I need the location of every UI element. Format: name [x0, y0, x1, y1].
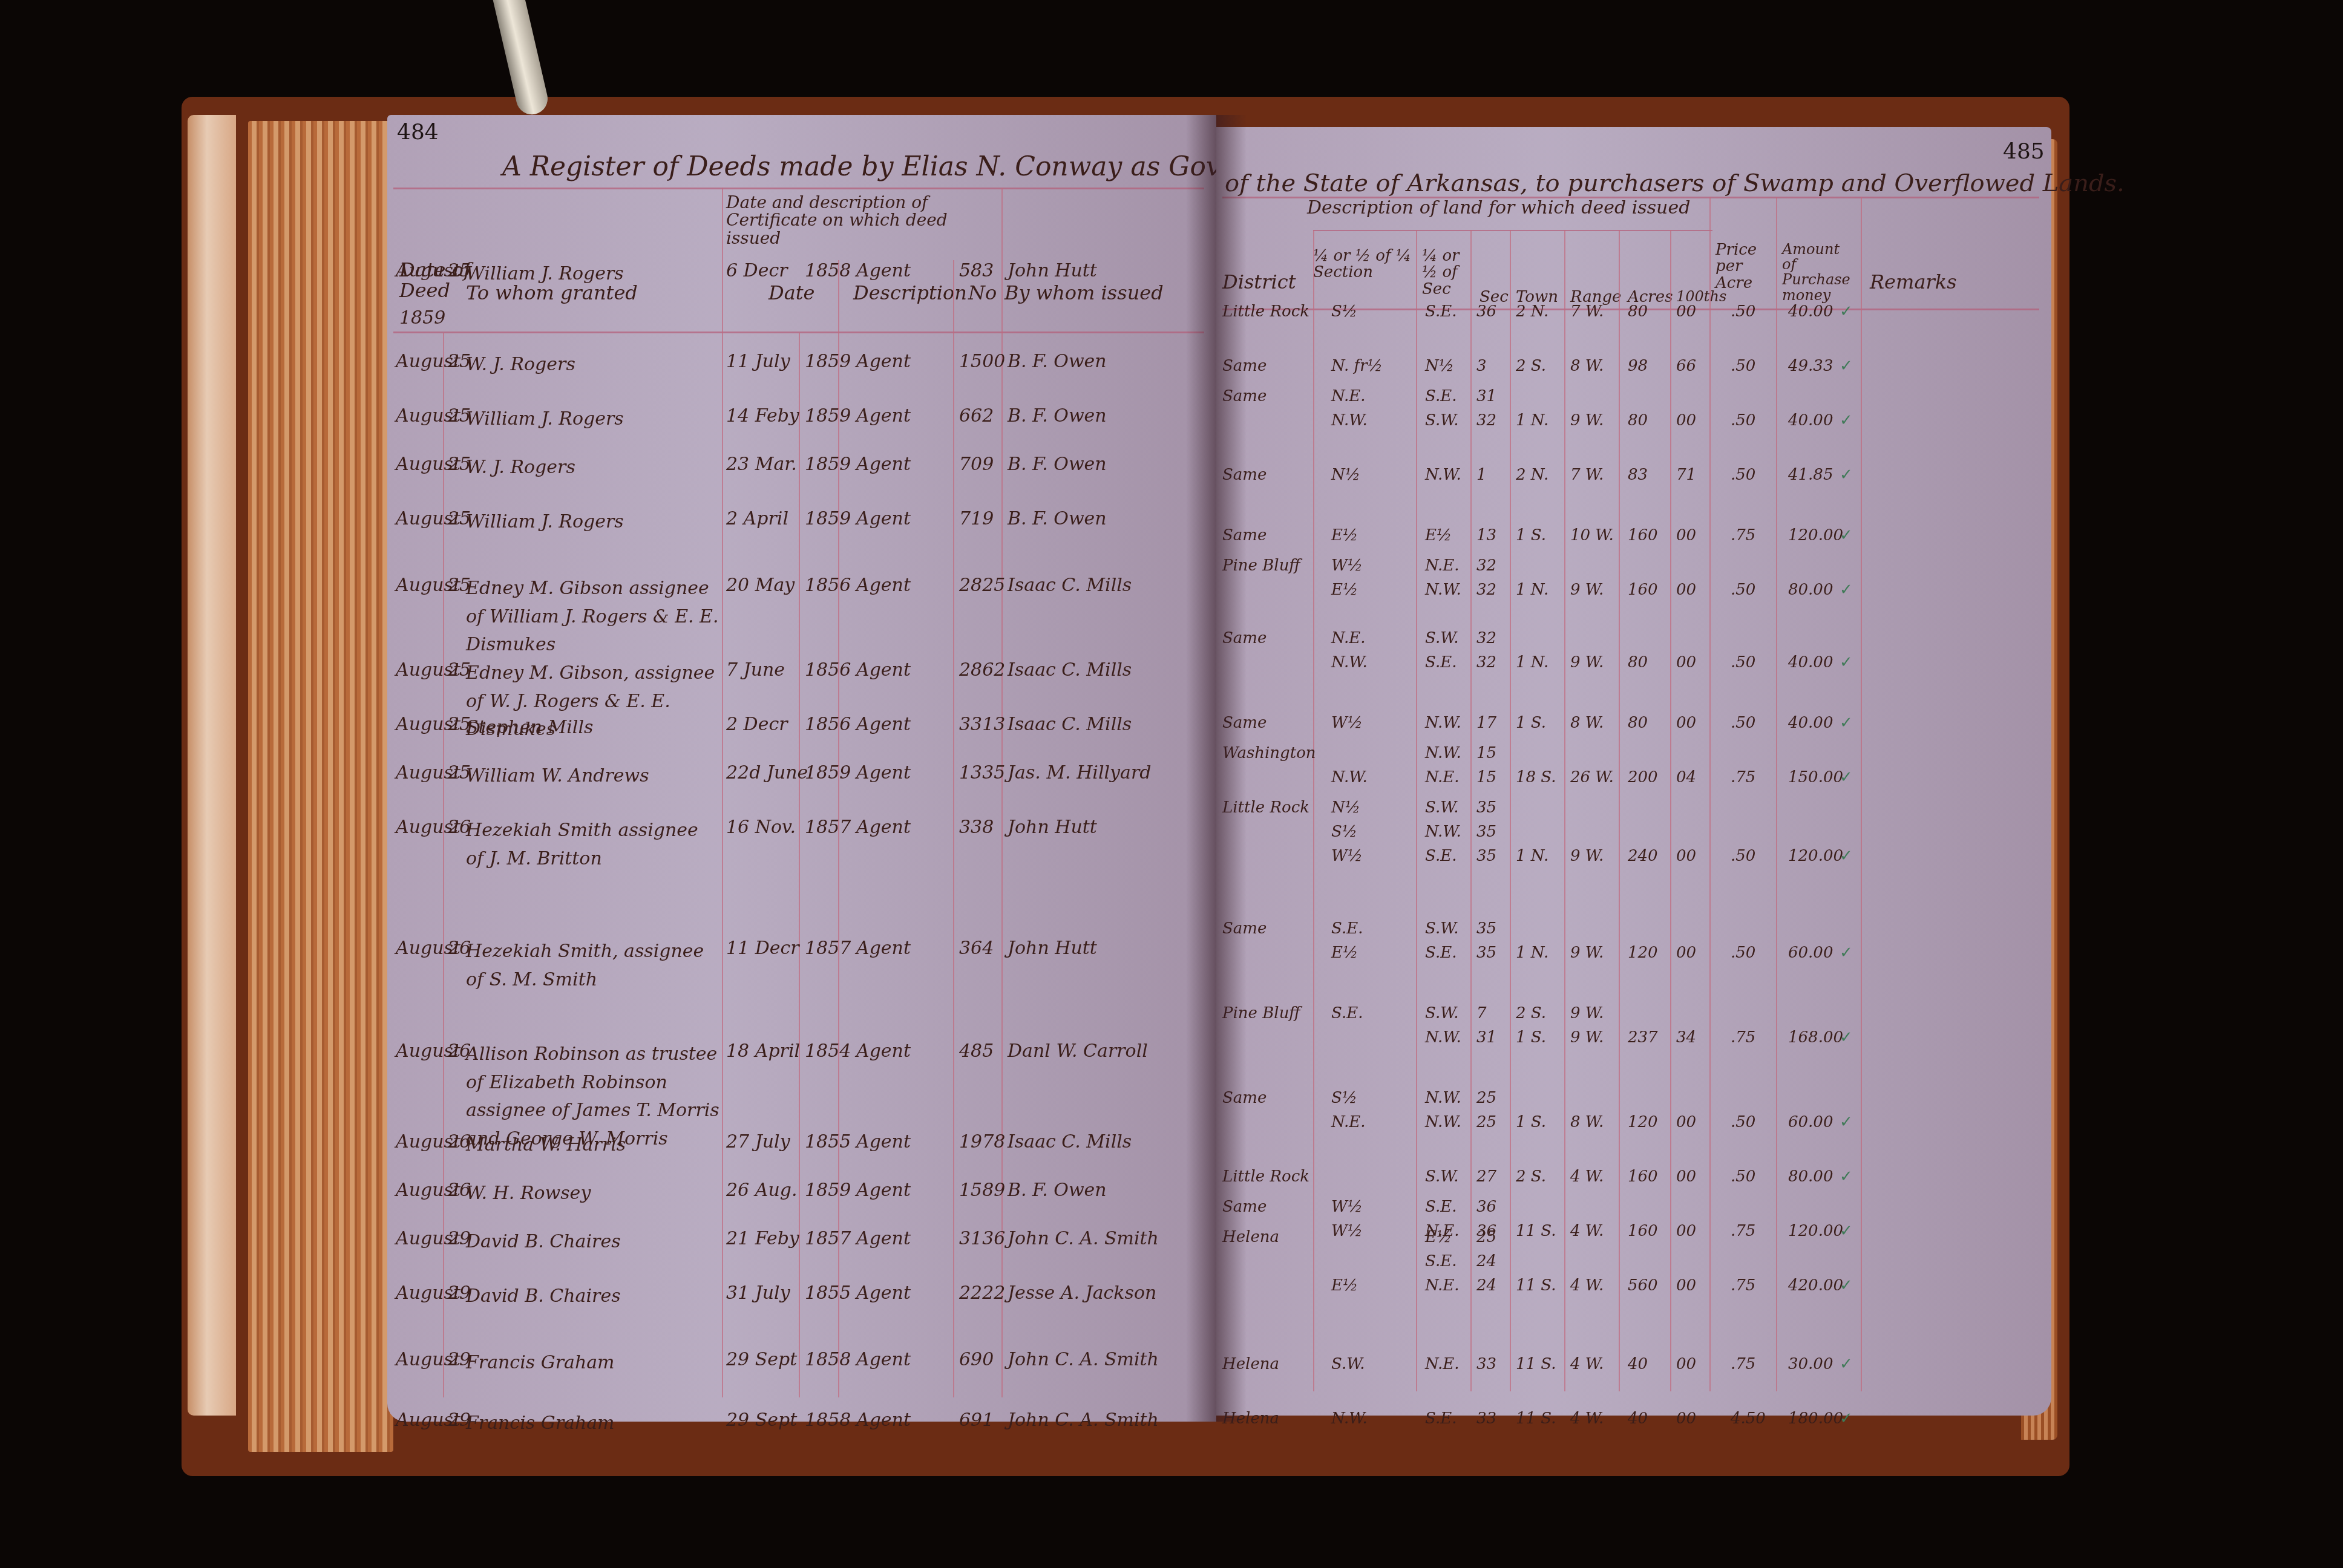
certificate-number: 1500 [959, 351, 1005, 372]
range: 26 W. [1570, 768, 1614, 786]
acres: 120 [1628, 944, 1658, 962]
quarter-of-sec: N.W. [1425, 581, 1461, 599]
quarter-section: E½ [1331, 581, 1358, 599]
certificate-number: 3313 [959, 714, 1005, 735]
section-number: 35 [1476, 920, 1496, 938]
range: 9 W. [1570, 411, 1604, 430]
certificate-date: 27 July [726, 1131, 790, 1152]
acres: 120 [1628, 1113, 1658, 1131]
purchase-amount: 30.00 [1788, 1355, 1833, 1373]
township: 1 N. [1516, 581, 1548, 599]
section-number: 33 [1476, 1355, 1496, 1373]
certificate-date: 16 Nov. [726, 817, 796, 838]
grantee-name: David B. Chaires [466, 1228, 720, 1256]
grantee-name: W. H. Rowsey [466, 1180, 720, 1208]
purchase-amount: 120.00 [1788, 526, 1843, 544]
acres: 98 [1628, 357, 1648, 375]
price-per-acre: .50 [1731, 653, 1755, 671]
township: 2 N. [1516, 466, 1548, 484]
section-number: 35 [1476, 944, 1496, 962]
verified-check: ✓ [1840, 768, 1853, 786]
certificate-description: Agent [856, 1349, 911, 1370]
quarter-of-sec: S.W. [1425, 411, 1459, 430]
quarter-of-sec: N.W. [1425, 466, 1461, 484]
acres-hundredths: 71 [1676, 466, 1696, 484]
certificate-year: 1856 [805, 575, 851, 596]
acres-hundredths: 00 [1676, 1222, 1696, 1240]
price-per-acre: .50 [1731, 357, 1755, 375]
certificate-date: 21 Feby [726, 1228, 799, 1249]
grantee-name: W. J. Rogers [466, 351, 720, 379]
quarter-of-sec: N.E. [1425, 1355, 1460, 1373]
quarter-section: S½ [1331, 1089, 1357, 1107]
certificate-description: Agent [856, 1040, 911, 1062]
range: 7 W. [1570, 466, 1604, 484]
certificate-description: Agent [856, 817, 911, 838]
section-number: 17 [1476, 714, 1496, 732]
column-rule [1470, 230, 1472, 1391]
issued-by: Jas. M. Hillyard [1008, 762, 1152, 783]
page-number-left: 484 [397, 120, 439, 145]
certificate-description: Agent [856, 575, 911, 596]
certificate-number: 2222 [959, 1282, 1005, 1304]
certificate-number: 338 [959, 817, 994, 838]
range: 4 W. [1570, 1355, 1604, 1373]
section-number: 36 [1476, 302, 1496, 321]
grantee-name: William J. Rogers [466, 508, 720, 537]
acres: 80 [1628, 714, 1648, 732]
acres-hundredths: 04 [1676, 768, 1696, 786]
section-number: 35 [1476, 799, 1496, 817]
quarter-of-sec: S.E. [1425, 653, 1457, 671]
township: 2 S. [1516, 357, 1546, 375]
acres: 40 [1628, 1355, 1648, 1373]
quarter-of-sec: S.W. [1425, 1004, 1459, 1022]
certificate-year: 1857 [805, 1228, 851, 1249]
quarter-section: W½ [1331, 847, 1363, 865]
range: 9 W. [1570, 847, 1604, 865]
certificate-date: 2 April [726, 508, 788, 529]
column-rule [1670, 230, 1671, 1391]
column-rule [1510, 230, 1511, 1391]
certificate-description: Agent [856, 351, 911, 372]
certificate-description: Agent [856, 405, 911, 426]
quarter-of-sec: N.W. [1425, 744, 1461, 762]
acres: 80 [1628, 653, 1648, 671]
col-cert-date: Date [768, 283, 815, 304]
section-number: 32 [1476, 557, 1496, 575]
quarter-of-sec: N.W. [1425, 714, 1461, 732]
acres: 83 [1628, 466, 1648, 484]
township: 1 S. [1516, 1113, 1546, 1131]
certificate-description: Agent [856, 938, 911, 959]
certificate-date: 14 Feby [726, 405, 799, 426]
price-per-acre: .75 [1731, 1222, 1755, 1240]
certificate-year: 1858 [805, 1349, 851, 1370]
quarter-of-sec: S.E. [1425, 944, 1457, 962]
certificate-description: Agent [856, 1131, 911, 1152]
quarter-section: N½ [1331, 466, 1360, 484]
certificate-year: 1859 [805, 405, 851, 426]
acres: 160 [1628, 526, 1658, 544]
column-rule [722, 188, 723, 1397]
township: 11 S. [1516, 1410, 1556, 1428]
section-number: 7 [1476, 1004, 1487, 1022]
certificate-date: 18 April [726, 1040, 800, 1062]
range: 8 W. [1570, 714, 1604, 732]
certificate-date: 26 Aug. [726, 1180, 797, 1201]
verified-check: ✓ [1840, 1113, 1853, 1131]
certificate-description: Agent [856, 714, 911, 735]
purchase-amount: 41.85 [1788, 466, 1833, 484]
issued-by: John C. A. Smith [1008, 1228, 1159, 1249]
certificate-year: 1854 [805, 1040, 851, 1062]
acres: 160 [1628, 1168, 1658, 1186]
acres-hundredths: 00 [1676, 847, 1696, 865]
purchase-amount: 80.00 [1788, 1168, 1833, 1186]
section-number: 1 [1476, 466, 1487, 484]
price-per-acre: .50 [1731, 1168, 1755, 1186]
certificate-year: 1856 [805, 714, 851, 735]
issued-by: Isaac C. Mills [1008, 659, 1132, 681]
book-gutter [1186, 115, 1247, 1422]
certificate-year: 1855 [805, 1131, 851, 1152]
col-quarter-section: ¼ or ½ of ¼ Section [1313, 248, 1416, 281]
certificate-year: 1858 [805, 1410, 851, 1431]
price-per-acre: .50 [1731, 581, 1755, 599]
certificate-number: 709 [959, 454, 994, 475]
acres: 40 [1628, 1410, 1648, 1428]
verified-check: ✓ [1840, 581, 1853, 599]
quarter-of-sec: S.E. [1425, 387, 1457, 405]
quarter-section: W½ [1331, 1198, 1363, 1216]
verified-check: ✓ [1840, 653, 1853, 671]
section-number: 33 [1476, 1410, 1496, 1428]
acres-hundredths: 00 [1676, 1355, 1696, 1373]
range: 9 W. [1570, 944, 1604, 962]
acres: 200 [1628, 768, 1658, 786]
certificate-date: 2 Decr [726, 714, 788, 735]
grantee-name: Hezekiah Smith assignee of J. M. Britton [466, 817, 720, 873]
section-number: 32 [1476, 629, 1496, 647]
column-rule [1564, 230, 1565, 1391]
issued-by: Jesse A. Jackson [1008, 1282, 1156, 1304]
certificate-number: 485 [959, 1040, 994, 1062]
verified-check: ✓ [1840, 1355, 1853, 1373]
issued-by: Isaac C. Mills [1008, 714, 1132, 735]
verified-check: ✓ [1840, 1410, 1853, 1428]
certificate-number: 2862 [959, 659, 1005, 681]
purchase-amount: 80.00 [1788, 581, 1833, 599]
quarter-of-sec: N.W. [1425, 1113, 1461, 1131]
quarter-of-sec: N.W. [1425, 1089, 1461, 1107]
township: 1 S. [1516, 1028, 1546, 1047]
certificate-number: 583 [959, 260, 994, 281]
header-group-land: Description of land for which deed issue… [1307, 198, 1690, 218]
township: 1 N. [1516, 847, 1548, 865]
quarter-section: N.E. [1331, 629, 1366, 647]
quarter-of-sec: S.E. [1425, 847, 1457, 865]
section-number: 32 [1476, 411, 1496, 430]
quarter-of-sec: S.E. [1425, 1198, 1457, 1216]
certificate-description: Agent [856, 1228, 911, 1249]
issued-by: B. F. Owen [1008, 351, 1107, 372]
issued-by: John C. A. Smith [1008, 1349, 1159, 1370]
acres: 160 [1628, 1222, 1658, 1240]
certificate-date: 11 Decr [726, 938, 799, 959]
certificate-date: 31 July [726, 1282, 790, 1304]
verified-check: ✓ [1840, 1222, 1853, 1240]
purchase-amount: 150.00 [1788, 768, 1843, 786]
range: 9 W. [1570, 1028, 1604, 1047]
range: 4 W. [1570, 1222, 1604, 1240]
quarter-section: W½ [1331, 557, 1363, 575]
grantee-name: Stephen Mills [466, 714, 720, 742]
township: 1 N. [1516, 653, 1548, 671]
price-per-acre: .75 [1731, 768, 1755, 786]
issued-by: B. F. Owen [1008, 1180, 1107, 1201]
certificate-number: 2825 [959, 575, 1005, 596]
acres-hundredths: 34 [1676, 1028, 1696, 1047]
quarter-section: S½ [1331, 823, 1357, 841]
quarter-of-sec: S.W. [1425, 920, 1459, 938]
acres-hundredths: 00 [1676, 526, 1696, 544]
right-page: 485 of the State of Arkansas, to purchas… [1216, 127, 2051, 1416]
section-number: 25 [1476, 1228, 1496, 1246]
col-description: Description [853, 283, 967, 304]
price-per-acre: .50 [1731, 302, 1755, 321]
verified-check: ✓ [1840, 714, 1853, 732]
rule-line [393, 188, 1204, 189]
acres: 80 [1628, 302, 1648, 321]
grantee-name: Francis Graham [466, 1410, 720, 1438]
col-amount: Amount of Purchase money [1782, 242, 1855, 303]
purchase-amount: 180.00 [1788, 1410, 1843, 1428]
issued-by: John C. A. Smith [1008, 1410, 1159, 1431]
certificate-number: 364 [959, 938, 994, 959]
column-rule [1416, 230, 1417, 1391]
certificate-description: Agent [856, 762, 911, 783]
purchase-amount: 420.00 [1788, 1276, 1843, 1295]
acres: 237 [1628, 1028, 1658, 1047]
quarter-of-sec: N½ [1425, 357, 1454, 375]
price-per-acre: .50 [1731, 944, 1755, 962]
certificate-description: Agent [856, 1410, 911, 1431]
certificate-date: 11 July [726, 351, 790, 372]
issued-by: Isaac C. Mills [1008, 1131, 1132, 1152]
range: 9 W. [1570, 581, 1604, 599]
quarter-of-sec: N.W. [1425, 1028, 1461, 1047]
range: 10 W. [1570, 526, 1614, 544]
township: 18 S. [1516, 768, 1556, 786]
verified-check: ✓ [1840, 1028, 1853, 1047]
range: 8 W. [1570, 1113, 1604, 1131]
township: 11 S. [1516, 1355, 1556, 1373]
purchase-amount: 120.00 [1788, 1222, 1843, 1240]
verified-check: ✓ [1840, 1168, 1853, 1186]
acres-hundredths: 00 [1676, 944, 1696, 962]
quarter-section: S.W. [1331, 1355, 1365, 1373]
rule-line [1313, 230, 1712, 231]
section-number: 24 [1476, 1252, 1496, 1270]
issued-by: John Hutt [1008, 938, 1097, 959]
quarter-section: S.E. [1331, 920, 1363, 938]
certificate-date: 7 June [726, 659, 785, 681]
grantee-name: Francis Graham [466, 1349, 720, 1377]
grantee-name: David B. Chaires [466, 1282, 720, 1311]
section-number: 25 [1476, 1089, 1496, 1107]
certificate-description: Agent [856, 508, 911, 529]
grantee-name: William W. Andrews [466, 762, 720, 791]
quarter-of-sec: N.E. [1425, 1276, 1460, 1295]
certificate-year: 1855 [805, 1282, 851, 1304]
township: 2 N. [1516, 302, 1548, 321]
township: 2 S. [1516, 1168, 1546, 1186]
township: 1 S. [1516, 526, 1546, 544]
range: 9 W. [1570, 1004, 1604, 1022]
grantee-name: Edney M. Gibson assignee of William J. R… [466, 575, 720, 659]
certificate-year: 1859 [805, 351, 851, 372]
col-quarter-of-sec: ¼ or ½ of Sec [1422, 248, 1476, 298]
quarter-section: E½ [1331, 944, 1358, 962]
acres: 160 [1628, 581, 1658, 599]
purchase-amount: 60.00 [1788, 944, 1833, 962]
left-page: 484 A Register of Deeds made by Elias N.… [387, 115, 1216, 1422]
range: 8 W. [1570, 357, 1604, 375]
price-per-acre: .50 [1731, 847, 1755, 865]
certificate-number: 1978 [959, 1131, 1005, 1152]
certificate-year: 1857 [805, 938, 851, 959]
header-group-certificate: Date and description of Certificate on w… [726, 194, 992, 247]
purchase-amount: 40.00 [1788, 302, 1833, 321]
certificate-description: Agent [856, 1282, 911, 1304]
price-per-acre: .75 [1731, 1355, 1755, 1373]
quarter-section: W½ [1331, 1222, 1363, 1240]
purchase-amount: 40.00 [1788, 411, 1833, 430]
section-number: 15 [1476, 768, 1496, 786]
column-rule [1861, 197, 1862, 1391]
acres: 80 [1628, 411, 1648, 430]
quarter-of-sec: S.W. [1425, 799, 1459, 817]
range: 9 W. [1570, 653, 1604, 671]
grantee-name: Hezekiah Smith, assignee of S. M. Smith [466, 938, 720, 994]
section-number: 32 [1476, 581, 1496, 599]
township: 1 S. [1516, 714, 1546, 732]
price-per-acre: .50 [1731, 714, 1755, 732]
quarter-section: E½ [1331, 526, 1358, 544]
certificate-number: 1589 [959, 1180, 1005, 1201]
quarter-section: W½ [1331, 714, 1363, 732]
certificate-year: 1857 [805, 817, 851, 838]
section-number: 31 [1476, 387, 1496, 405]
certificate-date: 29 Sept [726, 1410, 797, 1431]
verified-check: ✓ [1840, 847, 1853, 865]
acres-hundredths: 00 [1676, 1410, 1696, 1428]
quarter-section: S.E. [1331, 1004, 1363, 1022]
quarter-section: N.W. [1331, 768, 1368, 786]
acres-hundredths: 00 [1676, 302, 1696, 321]
certificate-description: Agent [856, 1180, 911, 1201]
purchase-amount: 60.00 [1788, 1113, 1833, 1131]
grantee-name: William J. Rogers [466, 260, 720, 289]
quarter-section: N.E. [1331, 1113, 1366, 1131]
page-number-right: 485 [2003, 139, 2045, 164]
quarter-of-sec: E½ [1425, 526, 1452, 544]
purchase-amount: 49.33 [1788, 357, 1833, 375]
township: 2 S. [1516, 1004, 1546, 1022]
price-per-acre: 4.50 [1731, 1410, 1766, 1428]
certificate-year: 1859 [805, 508, 851, 529]
quarter-of-sec: S.E. [1425, 1252, 1457, 1270]
grantee-name: Martha W. Harris [466, 1131, 720, 1160]
section-number: 36 [1476, 1198, 1496, 1216]
price-per-acre: .50 [1731, 411, 1755, 430]
column-rule [1313, 230, 1314, 1391]
column-rule [1709, 197, 1711, 1391]
range: 7 W. [1570, 302, 1604, 321]
quarter-of-sec: S.W. [1425, 629, 1459, 647]
issued-by: B. F. Owen [1008, 508, 1107, 529]
grantee-name: W. J. Rogers [466, 454, 720, 482]
issued-by: B. F. Owen [1008, 405, 1107, 426]
certificate-number: 691 [959, 1410, 994, 1431]
register-title-left: A Register of Deeds made by Elias N. Con… [502, 151, 1296, 182]
verified-check: ✓ [1840, 526, 1853, 544]
section-number: 25 [1476, 1113, 1496, 1131]
section-number: 24 [1476, 1276, 1496, 1295]
certificate-year: 1859 [805, 1180, 851, 1201]
year-label: 1859 [399, 309, 445, 328]
quarter-section: N.W. [1331, 411, 1368, 430]
col-by-whom-issued: By whom issued [1004, 283, 1164, 304]
certificate-number: 719 [959, 508, 994, 529]
section-number: 15 [1476, 744, 1496, 762]
section-number: 31 [1476, 1028, 1496, 1047]
certificate-number: 662 [959, 405, 994, 426]
purchase-amount: 40.00 [1788, 653, 1833, 671]
price-per-acre: .75 [1731, 526, 1755, 544]
quarter-of-sec: N.E. [1425, 557, 1460, 575]
issued-by: John Hutt [1008, 817, 1097, 838]
acres-hundredths: 00 [1676, 581, 1696, 599]
verified-check: ✓ [1840, 944, 1853, 962]
quarter-section: N. fr½ [1331, 357, 1383, 375]
purchase-amount: 168.00 [1788, 1028, 1843, 1047]
grantee-name: William J. Rogers [466, 405, 720, 434]
purchase-amount: 40.00 [1788, 714, 1833, 732]
column-rule [1619, 230, 1620, 1391]
price-per-acre: .50 [1731, 1113, 1755, 1131]
verified-check: ✓ [1840, 466, 1853, 484]
quarter-section: N.E. [1331, 387, 1366, 405]
verified-check: ✓ [1840, 411, 1853, 430]
certificate-number: 3136 [959, 1228, 1005, 1249]
col-remarks: Remarks [1870, 272, 1957, 293]
price-per-acre: .50 [1731, 466, 1755, 484]
book-edge-left [188, 115, 236, 1416]
acres: 560 [1628, 1276, 1658, 1295]
certificate-date: 20 May [726, 575, 795, 596]
quarter-of-sec: S.W. [1425, 1168, 1459, 1186]
issued-by: Danl W. Carroll [1008, 1040, 1148, 1062]
acres-hundredths: 66 [1676, 357, 1696, 375]
certificate-year: 1859 [805, 454, 851, 475]
page-stack-left [248, 121, 393, 1452]
verified-check: ✓ [1840, 357, 1853, 375]
quarter-section: E½ [1331, 1276, 1358, 1295]
certificate-date: 29 Sept [726, 1349, 797, 1370]
column-rule [1776, 197, 1777, 1391]
